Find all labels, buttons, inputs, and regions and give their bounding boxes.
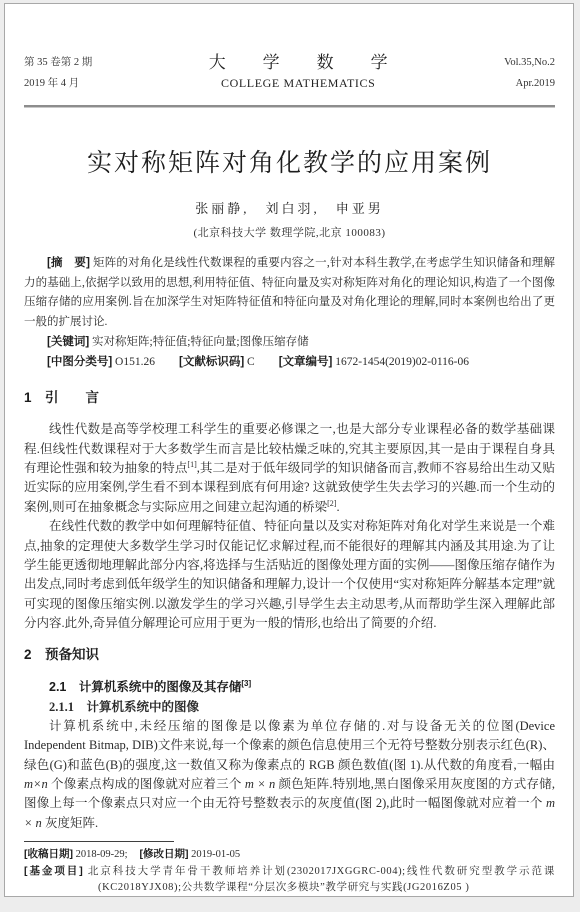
abstract-label: [摘 要] bbox=[47, 257, 90, 269]
article-affiliation: (北京科技大学 数理学院,北京 100083) bbox=[24, 224, 555, 240]
intro-paragraph-1: 线性代数是高等学校理工科学生的重要必修课之一,也是大部分专业课程必备的数学基础课… bbox=[24, 420, 555, 517]
header-divider bbox=[24, 105, 555, 108]
clc-group: [中图分类号] O151.26 bbox=[47, 356, 155, 368]
journal-issue-block: 第 35 卷第 2 期 2019 年 4 月 bbox=[24, 52, 92, 94]
journal-vol-block: Vol.35,No.2 Apr.2019 bbox=[504, 52, 555, 94]
paper-page: 第 35 卷第 2 期 2019 年 4 月 大 学 数 学 COLLEGE M… bbox=[4, 3, 574, 897]
fund-text: 北京科技大学青年骨干教师培养计划(2302017JXGGRC-004);线性代数… bbox=[83, 866, 555, 893]
article-id-label: [文章编号] bbox=[279, 356, 333, 368]
doc-code-group: [文献标识码] C bbox=[179, 356, 255, 368]
footnote-author-bio: [作者简介] 张丽静(1973— ),女,博士,副教授,从事应用数学的研究.Em… bbox=[24, 896, 555, 897]
article-authors: 张丽静, 刘白羽, 申亚男 bbox=[24, 198, 555, 217]
article-id-value: 1672-1454(2019)02-0116-06 bbox=[332, 356, 469, 368]
journal-vol-en: Vol.35,No.2 bbox=[504, 52, 555, 73]
journal-issue-cn: 第 35 卷第 2 期 bbox=[24, 52, 92, 73]
journal-header: 第 35 卷第 2 期 2019 年 4 月 大 学 数 学 COLLEGE M… bbox=[24, 52, 555, 94]
doc-code-label: [文献标识码] bbox=[179, 356, 244, 368]
revised-date-label: [修改日期] bbox=[140, 848, 189, 860]
journal-name-en: COLLEGE MATHEMATICS bbox=[92, 73, 504, 94]
doc-code-value: C bbox=[244, 356, 255, 368]
classification-line: [中图分类号] O151.26[文献标识码] C[文章编号] 1672-1454… bbox=[24, 353, 555, 373]
footnote-divider bbox=[24, 841, 174, 842]
journal-date-cn: 2019 年 4 月 bbox=[24, 73, 92, 94]
abstract-text: 矩阵的对角化是线性代数课程的重要内容之一,针对本科生教学,在考虑学生知识储备和理… bbox=[24, 257, 555, 328]
clc-value: O151.26 bbox=[112, 356, 155, 368]
journal-name-cn: 大 学 数 学 bbox=[92, 52, 514, 73]
section-1-heading: 1 引 言 bbox=[24, 388, 555, 408]
keywords-label: [关键词] bbox=[47, 336, 89, 348]
section-2-heading: 2 预备知识 bbox=[24, 645, 555, 665]
journal-date-en: Apr.2019 bbox=[504, 73, 555, 94]
keywords-line: [关键词] 实对称矩阵;特征值;特征向量;图像压缩存储 bbox=[24, 333, 555, 353]
clc-label: [中图分类号] bbox=[47, 356, 112, 368]
intro-paragraph-2: 在线性代数的教学中如何理解特征值、特征向量以及实对称矩阵对角化对学生来说是一个难… bbox=[24, 517, 555, 633]
abstract-block: [摘 要] 矩阵的对角化是线性代数课程的重要内容之一,针对本科生教学,在考虑学生… bbox=[24, 254, 555, 372]
keywords-text: 实对称矩阵;特征值;特征向量;图像压缩存储 bbox=[89, 336, 308, 348]
section-2-1-1-heading: 2.1.1 计算机系统中的图像 bbox=[24, 697, 555, 717]
abstract-paragraph: [摘 要] 矩阵的对角化是线性代数课程的重要内容之一,针对本科生教学,在考虑学生… bbox=[24, 254, 555, 333]
received-date-label: [收稿日期] bbox=[24, 848, 73, 860]
fund-label: [基金项目] bbox=[24, 865, 83, 877]
received-date-value: 2018-09-29; bbox=[73, 849, 128, 860]
prelim-paragraph-1: 计算机系统中,未经压缩的图像是以像素为单位存储的.对与设备无关的位图(Devic… bbox=[24, 717, 555, 833]
article-title: 实对称矩阵对角化教学的应用案例 bbox=[24, 148, 555, 180]
journal-name-block: 大 学 数 学 COLLEGE MATHEMATICS bbox=[92, 52, 504, 94]
revised-date-value: 2019-01-05 bbox=[189, 849, 241, 860]
footnote-block: [收稿日期] 2018-09-29;[修改日期] 2019-01-05 [基金项… bbox=[24, 846, 555, 897]
article-id-group: [文章编号] 1672-1454(2019)02-0116-06 bbox=[279, 356, 469, 368]
footnote-dates: [收稿日期] 2018-09-29;[修改日期] 2019-01-05 bbox=[24, 846, 555, 863]
section-2-1-heading: 2.1 计算机系统中的图像及其存储[3] bbox=[24, 677, 555, 697]
footnote-fund: [基金项目] 北京科技大学青年骨干教师培养计划(2302017JXGGRC-00… bbox=[24, 863, 555, 896]
